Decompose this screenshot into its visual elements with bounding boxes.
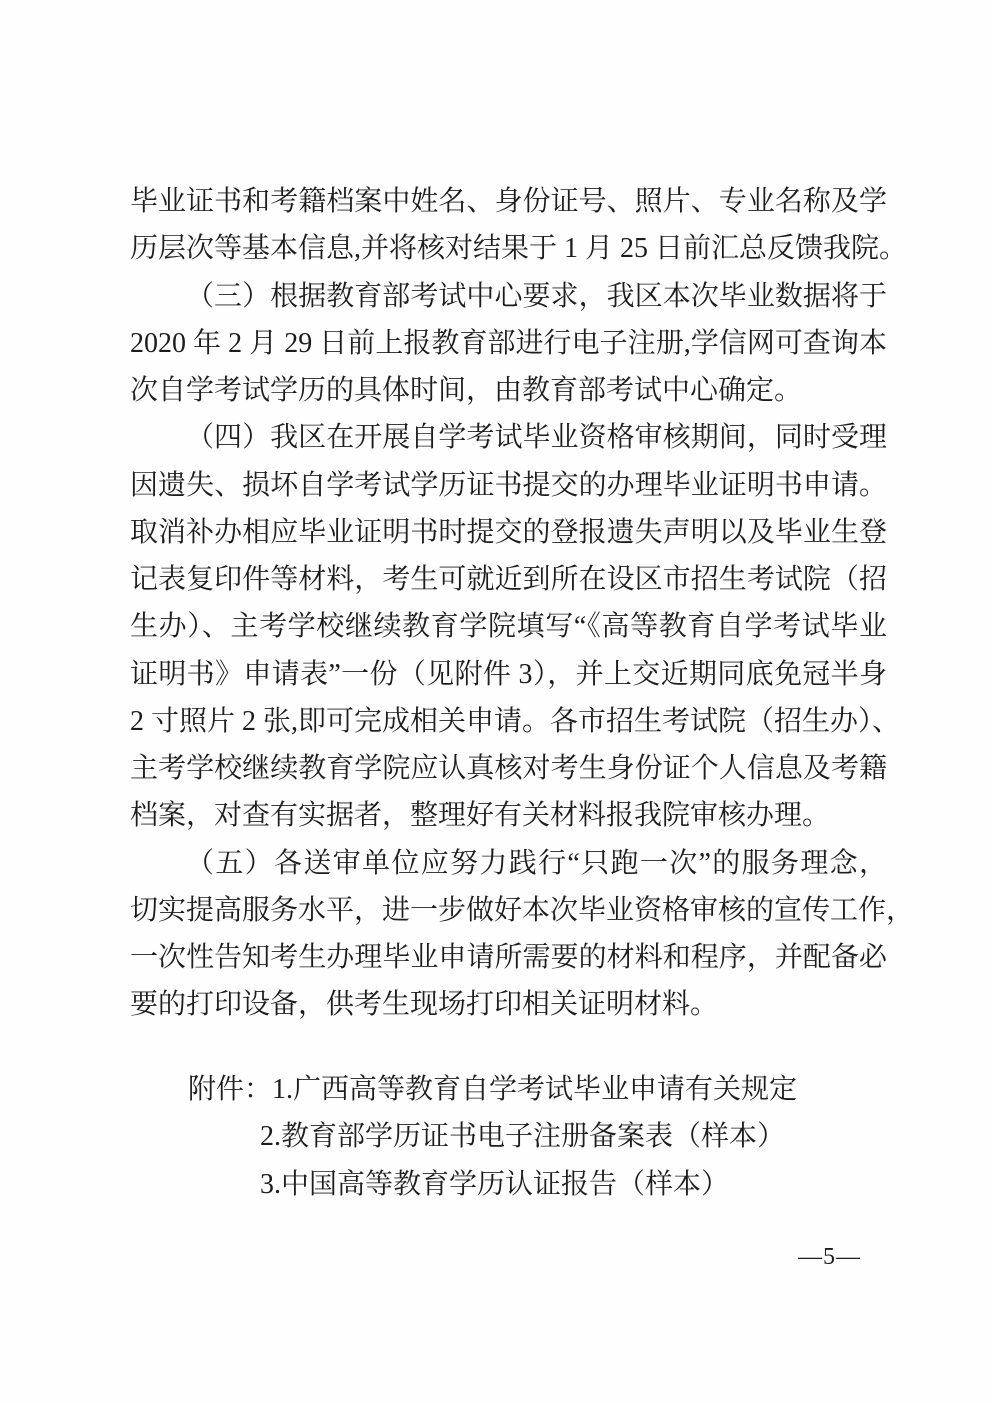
page-number: —5— <box>798 1243 861 1271</box>
document-page: 毕业证书和考籍档案中姓名、身份证号、照片、专业名称及学 历层次等基本信息,并将核… <box>0 0 992 1403</box>
body-line-paragraph-3-start: （三）根据教育部考试中心要求，我区本次毕业数据将于 <box>130 273 887 320</box>
body-line: 一次性告知考生办理毕业申请所需要的材料和程序，并配备必 <box>130 934 887 981</box>
document-body: 毕业证书和考籍档案中姓名、身份证号、照片、专业名称及学 历层次等基本信息,并将核… <box>130 178 887 1029</box>
body-line-paragraph-3-end: 次自学考试学历的具体时间，由教育部考试中心确定。 <box>130 367 887 414</box>
attachment-item-1: 附件：1.广西高等教育自学考试毕业申请有关规定 <box>188 1066 887 1113</box>
body-line-paragraph-4-end: 档案，对查有实据者，整理好有关材料报我院审核办理。 <box>130 792 887 839</box>
attachment-item-2: 2.教育部学历证书电子注册备案表（样本） <box>260 1113 887 1160</box>
body-line: 2020 年 2 月 29 日前上报教育部进行电子注册,学信网可查询本 <box>130 320 887 367</box>
body-line: 2 寸照片 2 张,即可完成相关申请。各市招生考试院（招生办）、 <box>130 698 887 745</box>
body-line-paragraph-5-start: （五）各送审单位应努力践行“只跑一次”的服务理念， <box>130 840 887 887</box>
body-line: 毕业证书和考籍档案中姓名、身份证号、照片、专业名称及学 <box>130 178 887 225</box>
body-line-paragraph-5-end: 要的打印设备，供考生现场打印相关证明材料。 <box>130 981 887 1028</box>
body-line: 记表复印件等材料，考生可就近到所在设区市招生考试院（招 <box>130 556 887 603</box>
body-line: 生办）、主考学校继续教育学院填写“《高等教育自学考试毕业 <box>130 603 887 650</box>
attachments-list: 附件：1.广西高等教育自学考试毕业申请有关规定 2.教育部学历证书电子注册备案表… <box>130 1066 887 1208</box>
body-line: 因遗失、损坏自学考试学历证书提交的办理毕业证明书申请。 <box>130 462 887 509</box>
body-line: 主考学校继续教育学院应认真核对考生身份证个人信息及考籍 <box>130 745 887 792</box>
body-line: 证明书》申请表”一份（见附件 3），并上交近期同底免冠半身 <box>130 651 887 698</box>
body-line: 切实提高服务水平，进一步做好本次毕业资格审核的宣传工作， <box>130 887 887 934</box>
body-line: 取消补办相应毕业证明书时提交的登报遗失声明以及毕业生登 <box>130 509 887 556</box>
attachment-item-3: 3.中国高等教育学历认证报告（样本） <box>260 1161 887 1208</box>
body-line: 历层次等基本信息,并将核对结果于 1 月 25 日前汇总反馈我院。 <box>130 225 887 272</box>
body-line-paragraph-4-start: （四）我区在开展自学考试毕业资格审核期间，同时受理 <box>130 414 887 461</box>
